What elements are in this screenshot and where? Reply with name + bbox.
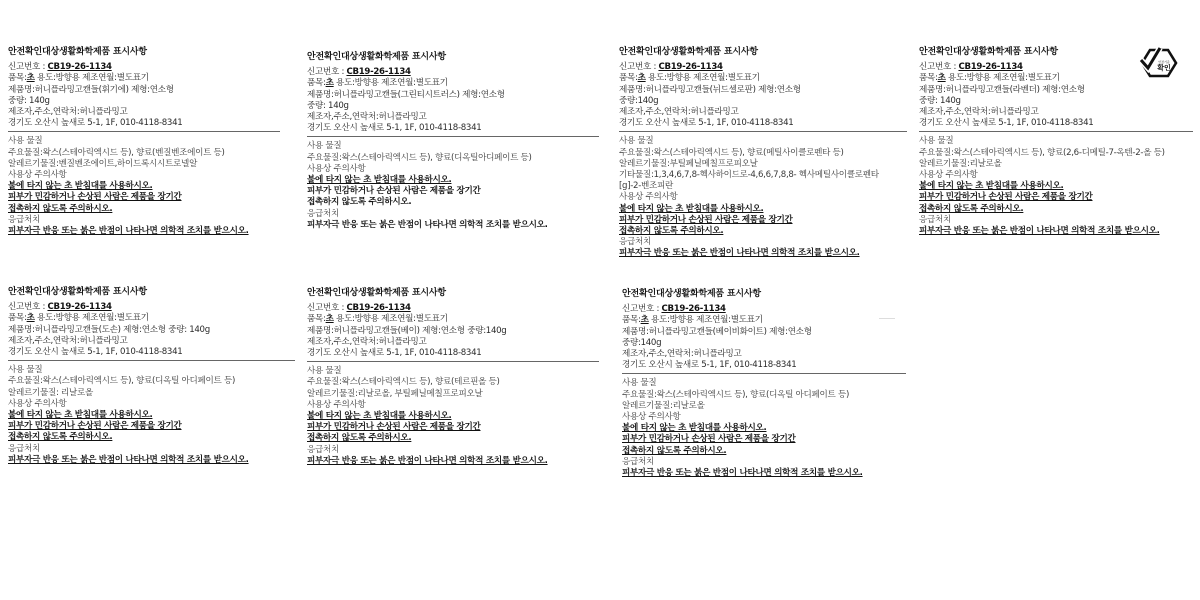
usage-date: 용도:방향용 제조연월:별도표기 (35, 313, 149, 323)
caution-line-1: 불에 타지 않는 초 받침대를 사용하시오. (8, 181, 280, 192)
materials-heading: 사용 물질 (919, 136, 1193, 147)
section-divider (8, 360, 295, 361)
caution-line-2: 피부가 민감하거나 손상된 사람은 제품을 장기간 (8, 192, 280, 203)
item-value: 초 (638, 73, 646, 83)
address-row: 경기도 오산시 높새로 5-1, 1F, 010-4118-8341 (919, 118, 1193, 129)
caution-line-3: 접촉하지 않도록 주의하시오. (622, 446, 906, 457)
registration-label: 신고번호 : (919, 62, 958, 72)
caution-heading: 사용상 주의사항 (307, 400, 599, 411)
manufacturer-row: 제조자,주소,연락처:허니플라밍고 (622, 349, 906, 360)
safety-label-5: 안전확인대상생활화학제품 표시사항신고번호 : CB19-26-1134품목:초… (8, 287, 295, 466)
materials-heading: 사용 물질 (622, 378, 906, 389)
main-materials: 주요물질:왁스(스테아릭엑시드 등), 향료(벤질벤조에이트 등) (8, 148, 280, 159)
caution-heading: 사용상 주의사항 (8, 399, 295, 410)
allergen-materials: 알레르기물질:벤질벤조에이트,하이드록시시트로넬알 (8, 159, 280, 170)
caution-line-3: 접촉하지 않도록 주의하시오. (8, 204, 280, 215)
item-usage-row: 품목:초 용도:방향용 제조연월:별도표기 (8, 73, 280, 84)
first-aid-heading: 응급처치 (8, 444, 295, 455)
materials-heading: 사용 물질 (8, 365, 295, 376)
first-aid-text: 피부자극 반응 또는 붉은 반점이 나타나면 의학적 조치를 받으시오. (619, 248, 907, 259)
registration-label: 신고번호 : (622, 304, 661, 314)
main-materials: 주요물질:왁스(스테아릭엑시드 등), 향료(디옥틸 아디페이트 등) (622, 390, 906, 401)
item-usage-row: 품목:초 용도:방향용 제조연월:별도표기 (622, 315, 906, 326)
label-title: 안전확인대상생활화학제품 표시사항 (619, 47, 907, 58)
registration-number-row: 신고번호 : CB19-26-1134 (8, 62, 280, 73)
product-name-row: 제품명:허니플라밍고캔들(베이비화이트) 제형:연소형 (622, 327, 906, 338)
allergen-materials: 알레르기물질:리날로올 (622, 401, 906, 412)
caution-line-2: 피부가 민감하거나 손상된 사람은 제품을 장기간 (619, 215, 907, 226)
item-label: 품목: (8, 73, 27, 83)
registration-number: CB19-26-1134 (346, 67, 410, 77)
product-name-row: 제품명:허니플라밍고캔들(도손) 제형:연소형 중량: 140g (8, 325, 295, 336)
item-value: 초 (27, 73, 35, 83)
caution-line-3: 접촉하지 않도록 주의하시오. (919, 204, 1193, 215)
registration-label: 신고번호 : (8, 62, 47, 72)
caution-line-1: 불에 타지 않는 초 받침대를 사용하시오. (622, 423, 906, 434)
label-title: 안전확인대상생활화학제품 표시사항 (307, 52, 599, 63)
caution-line-2: 피부가 민감하거나 손상된 사람은 제품을 장기간 (622, 434, 906, 445)
registration-number-row: 신고번호 : CB19-26-1134 (622, 304, 906, 315)
item-value: 초 (641, 315, 649, 325)
label-title: 안전확인대상생활화학제품 표시사항 (8, 47, 280, 58)
materials-heading: 사용 물질 (8, 136, 280, 147)
section-divider (919, 131, 1193, 132)
manufacturer-row: 제조자,주소,연락처:허니플라밍고 (619, 107, 907, 118)
first-aid-text: 피부자극 반응 또는 붉은 반점이 나타나면 의학적 조치를 받으시오. (919, 226, 1193, 237)
first-aid-heading: 응급처치 (619, 237, 907, 248)
section-divider (8, 131, 280, 132)
item-value: 초 (27, 313, 35, 323)
manufacturer-row: 제조자,주소,연락처:허니플라밍고 (8, 107, 280, 118)
allergen-materials: 알레르기물질:리날로올, 부틸페닐메칠프로피오날 (307, 389, 599, 400)
address-row: 경기도 오산시 높새로 5-1, 1F, 010-4118-8341 (619, 118, 907, 129)
product-name-row: 제품명:허니플라밍고캔들(뉘드셀로판) 제형:연소형 (619, 85, 907, 96)
first-aid-heading: 응급처치 (307, 209, 599, 220)
section-divider (622, 373, 906, 374)
registration-number: CB19-26-1134 (658, 62, 722, 72)
weight-row: 중량:140g (622, 338, 906, 349)
address-row: 경기도 오산시 높새로 5-1, 1F, 010-4118-8341 (8, 347, 295, 358)
allergen-materials: 알레르기물질:부틸페닐메칠프로피오날 (619, 159, 907, 170)
usage-date: 용도:방향용 제조연월:별도표기 (334, 78, 448, 88)
registration-number-row: 신고번호 : CB19-26-1134 (307, 67, 599, 78)
manufacturer-row: 제조자,주소,연락처:허니플라밍고 (307, 337, 599, 348)
first-aid-text: 피부자극 반응 또는 붉은 반점이 나타나면 의학적 조치를 받으시오. (622, 468, 906, 479)
caution-heading: 사용상 주의사항 (619, 192, 907, 203)
first-aid-text: 피부자극 반응 또는 붉은 반점이 나타나면 의학적 조치를 받으시오. (307, 456, 599, 467)
caution-line-3: 접촉하지 않도록 주의하시오. (619, 226, 907, 237)
caution-line-1: 불에 타지 않는 초 받침대를 사용하시오. (8, 410, 295, 421)
registration-label: 신고번호 : (307, 67, 346, 77)
caution-line-2: 피부가 민감하거나 손상된 사람은 제품을 장기간 (307, 186, 599, 197)
usage-date: 용도:방향용 제조연월:별도표기 (946, 73, 1060, 83)
caution-heading: 사용상 주의사항 (8, 170, 280, 181)
first-aid-heading: 응급처치 (919, 215, 1193, 226)
caution-line-1: 불에 타지 않는 초 받침대를 사용하시오. (619, 204, 907, 215)
usage-date: 용도:방향용 제조연월:별도표기 (646, 73, 760, 83)
main-materials: 주요물질:왁스(스테아릭엑시드 등), 향료(메틸사이클로펜타 등) (619, 148, 907, 159)
item-usage-row: 품목:초 용도:방향용 제조연월:별도표기 (307, 314, 599, 325)
item-value: 초 (326, 78, 334, 88)
first-aid-heading: 응급처치 (8, 215, 280, 226)
caution-line-2: 피부가 민감하거나 손상된 사람은 제품을 장기간 (307, 422, 599, 433)
product-name-row: 제품명:허니플라밍고캔들(베이) 제형:연소형 중량:140g (307, 326, 599, 337)
safety-label-3: 안전확인대상생활화학제품 표시사항신고번호 : CB19-26-1134품목:초… (619, 47, 907, 260)
main-materials: 주요물질:왁스(스테아릭엑시드 등), 향료(테르핀올 등) (307, 377, 599, 388)
address-row: 경기도 오산시 높새로 5-1, 1F, 010-4118-8341 (622, 360, 906, 371)
address-row: 경기도 오산시 높새로 5-1, 1F, 010-4118-8341 (307, 123, 599, 134)
usage-date: 용도:방향용 제조연월:별도표기 (35, 73, 149, 83)
item-usage-row: 품목:초 용도:방향용 제조연월:별도표기 (307, 78, 599, 89)
registration-number: CB19-26-1134 (47, 62, 111, 72)
materials-heading: 사용 물질 (307, 141, 599, 152)
section-divider (307, 136, 599, 137)
product-name-row: 제품명:허니플라밍고캔들(그린티시트러스) 제형:연소형 (307, 90, 599, 101)
allergen-materials: 알레르기물질:리날로올 (919, 159, 1193, 170)
materials-heading: 사용 물질 (619, 136, 907, 147)
item-value: 초 (938, 73, 946, 83)
allergen-materials: 알레르기물질: 리날로올 (8, 388, 295, 399)
svg-text:확인: 확인 (1156, 63, 1171, 72)
caution-line-2: 피부가 민감하거나 손상된 사람은 제품을 장기간 (919, 192, 1193, 203)
label-title: 안전확인대상생활화학제품 표시사항 (307, 288, 599, 299)
weight-row: 중량:140g (619, 96, 907, 107)
label-title: 안전확인대상생활화학제품 표시사항 (622, 289, 906, 300)
first-aid-text: 피부자극 반응 또는 붉은 반점이 나타나면 의학적 조치를 받으시오. (8, 226, 280, 237)
safety-label-1: 안전확인대상생활화학제품 표시사항신고번호 : CB19-26-1134품목:초… (8, 47, 280, 237)
registration-number-row: 신고번호 : CB19-26-1134 (619, 62, 907, 73)
other-materials: 기타물질:1,3,4,6,7,8-헥사하이드로-4,6,6,7,8,8- 헥사메… (619, 170, 907, 181)
first-aid-heading: 응급처치 (307, 445, 599, 456)
registration-label: 신고번호 : (8, 302, 47, 312)
safety-label-2: 안전확인대상생활화학제품 표시사항신고번호 : CB19-26-1134품목:초… (307, 52, 599, 231)
main-materials: 주요물질:왁스(스테아릭엑시드 등), 향료(디옥틸아디페이트 등) (307, 153, 599, 164)
weight-row: 중량: 140g (307, 101, 599, 112)
first-aid-text: 피부자극 반응 또는 붉은 반점이 나타나면 의학적 조치를 받으시오. (307, 220, 599, 231)
caution-heading: 사용상 주의사항 (307, 164, 599, 175)
registration-number: CB19-26-1134 (958, 62, 1022, 72)
address-row: 경기도 오산시 높새로 5-1, 1F, 010-4118-8341 (8, 118, 280, 129)
caution-line-3: 접촉하지 않도록 주의하시오. (307, 197, 599, 208)
item-usage-row: 품목:초 용도:방향용 제조연월:별도표기 (8, 313, 295, 324)
safety-check-certification-icon: 안전기준 확인 (1138, 46, 1178, 80)
manufacturer-row: 제조자,주소,연락처:허니플라밍고 (919, 107, 1193, 118)
registration-number-row: 신고번호 : CB19-26-1134 (8, 302, 295, 313)
item-label: 품목: (919, 73, 938, 83)
safety-label-7: 안전확인대상생활화학제품 표시사항신고번호 : CB19-26-1134품목:초… (622, 289, 906, 479)
section-divider (307, 361, 599, 362)
other-materials-continued: [g]-2-벤조피란 (619, 181, 907, 192)
item-label: 품목: (307, 78, 326, 88)
main-materials: 주요물질:왁스(스테아릭엑시드 등), 향료(2,6-디메틸-7-옥텐-2-올 … (919, 148, 1193, 159)
registration-number: CB19-26-1134 (661, 304, 725, 314)
registration-number: CB19-26-1134 (346, 303, 410, 313)
registration-number-row: 신고번호 : CB19-26-1134 (307, 303, 599, 314)
registration-label: 신고번호 : (619, 62, 658, 72)
manufacturer-row: 제조자,주소,연락처:허니플라밍고 (8, 336, 295, 347)
caution-line-3: 접촉하지 않도록 주의하시오. (8, 432, 295, 443)
usage-date: 용도:방향용 제조연월:별도표기 (334, 314, 448, 324)
registration-label: 신고번호 : (307, 303, 346, 313)
section-divider (619, 131, 907, 132)
weight-row: 중량: 140g (8, 96, 280, 107)
address-row: 경기도 오산시 높새로 5-1, 1F, 010-4118-8341 (307, 348, 599, 359)
registration-number: CB19-26-1134 (47, 302, 111, 312)
item-label: 품목: (8, 313, 27, 323)
caution-heading: 사용상 주의사항 (919, 170, 1193, 181)
caution-line-3: 접촉하지 않도록 주의하시오. (307, 433, 599, 444)
item-label: 품목: (307, 314, 326, 324)
item-usage-row: 품목:초 용도:방향용 제조연월:별도표기 (619, 73, 907, 84)
main-materials: 주요물질:왁스(스테아릭엑시드 등), 향료(디옥틸 아디페이트 등) (8, 376, 295, 387)
caution-heading: 사용상 주의사항 (622, 412, 906, 423)
caution-line-1: 불에 타지 않는 초 받침대를 사용하시오. (919, 181, 1193, 192)
caution-line-1: 불에 타지 않는 초 받침대를 사용하시오. (307, 411, 599, 422)
divider-fragment (879, 318, 895, 319)
item-label: 품목: (619, 73, 638, 83)
usage-date: 용도:방향용 제조연월:별도표기 (649, 315, 763, 325)
first-aid-heading: 응급처치 (622, 457, 906, 468)
weight-row: 중량: 140g (919, 96, 1193, 107)
item-value: 초 (326, 314, 334, 324)
product-name-row: 제품명:허니플라밍고캔들(휘기에) 제형:연소형 (8, 85, 280, 96)
caution-line-2: 피부가 민감하거나 손상된 사람은 제품을 장기간 (8, 421, 295, 432)
manufacturer-row: 제조자,주소,연락처:허니플라밍고 (307, 112, 599, 123)
caution-line-1: 불에 타지 않는 초 받침대를 사용하시오. (307, 175, 599, 186)
product-name-row: 제품명:허니플라밍고캔들(라벤더) 제형:연소형 (919, 85, 1193, 96)
first-aid-text: 피부자극 반응 또는 붉은 반점이 나타나면 의학적 조치를 받으시오. (8, 455, 295, 466)
safety-label-6: 안전확인대상생활화학제품 표시사항신고번호 : CB19-26-1134품목:초… (307, 288, 599, 467)
item-label: 품목: (622, 315, 641, 325)
label-title: 안전확인대상생활화학제품 표시사항 (8, 287, 295, 298)
materials-heading: 사용 물질 (307, 366, 599, 377)
